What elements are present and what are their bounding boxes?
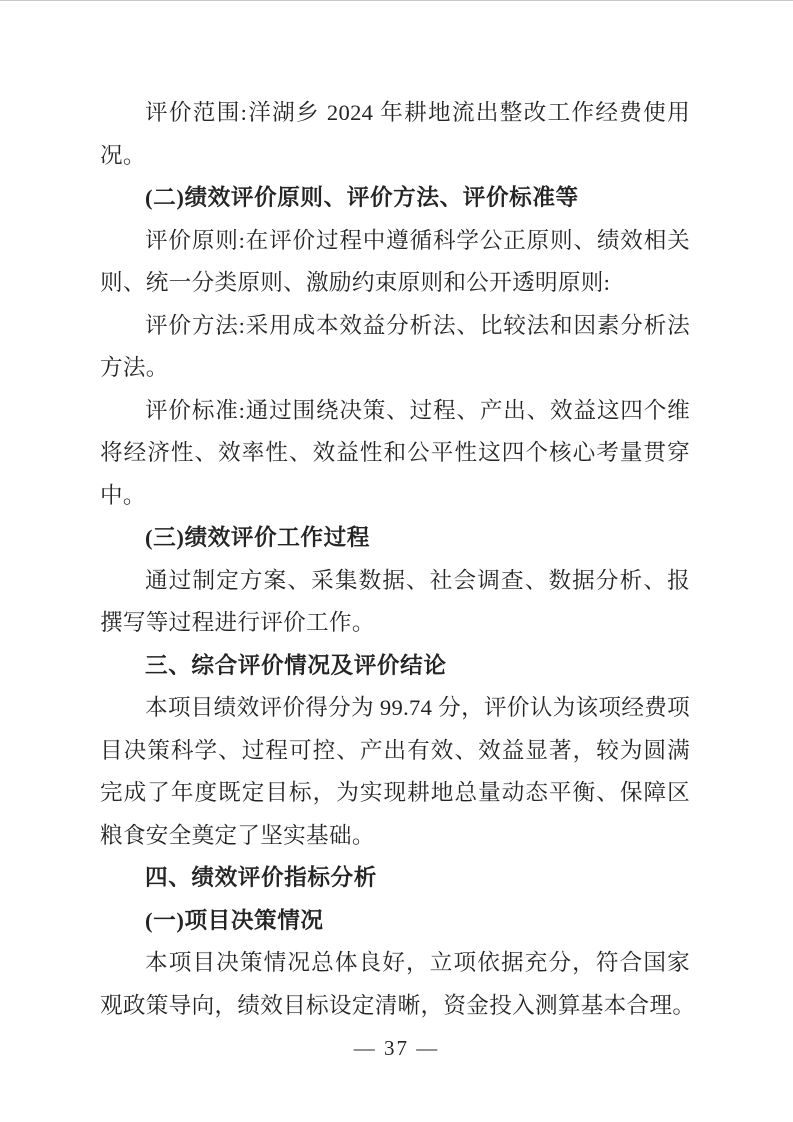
heading-line: 四、绩效评价指标分析 bbox=[100, 857, 690, 900]
text-line: 评价范围:洋湖乡 2024 年耕地流出整改工作经费使用情 bbox=[100, 92, 690, 135]
text-line: 目决策科学、过程可控、产出有效、效益显著，较为圆满地 bbox=[100, 730, 690, 773]
text-line: 通过制定方案、采集数据、社会调查、数据分析、报告 bbox=[100, 560, 690, 603]
text-line: 况。 bbox=[100, 135, 690, 178]
heading-line: (一)项目决策情况 bbox=[100, 900, 690, 943]
heading-line: (三)绩效评价工作过程 bbox=[100, 517, 690, 560]
heading-line: 三、综合评价情况及评价结论 bbox=[100, 645, 690, 688]
heading-line: (二)绩效评价原则、评价方法、评价标准等 bbox=[100, 177, 690, 220]
document-body: 评价范围:洋湖乡 2024 年耕地流出整改工作经费使用情况。(二)绩效评价原则、… bbox=[100, 92, 690, 1027]
text-line: 本项目绩效评价得分为 99.74 分，评价认为该项经费项 bbox=[100, 687, 690, 730]
text-line: 方法。 bbox=[100, 347, 690, 390]
text-line: 本项目决策情况总体良好，立项依据充分，符合国家宏 bbox=[100, 942, 690, 985]
page-footer: — 37 — bbox=[0, 1036, 793, 1061]
text-line: 则、统一分类原则、激励约束原则和公开透明原则: bbox=[100, 262, 690, 305]
text-line: 观政策导向，绩效目标设定清晰，资金投入测算基本合理。 bbox=[100, 985, 690, 1028]
text-line: 中。 bbox=[100, 475, 690, 518]
text-line: 评价方法:采用成本效益分析法、比较法和因素分析法等 bbox=[100, 305, 690, 348]
text-line: 评价标准:通过围绕决策、过程、产出、效益这四个维度 bbox=[100, 390, 690, 433]
page-top-edge bbox=[0, 0, 793, 1]
document-page: 评价范围:洋湖乡 2024 年耕地流出整改工作经费使用情况。(二)绩效评价原则、… bbox=[0, 0, 793, 1122]
text-line: 评价原则:在评价过程中遵循科学公正原则、绩效相关原 bbox=[100, 220, 690, 263]
text-line: 完成了年度既定目标，为实现耕地总量动态平衡、保障区域 bbox=[100, 772, 690, 815]
text-line: 粮食安全奠定了坚实基础。 bbox=[100, 815, 690, 858]
text-line: 撰写等过程进行评价工作。 bbox=[100, 602, 690, 645]
page-number: — 37 — bbox=[354, 1036, 440, 1060]
text-line: 将经济性、效率性、效益性和公平性这四个核心考量贯穿其 bbox=[100, 432, 690, 475]
